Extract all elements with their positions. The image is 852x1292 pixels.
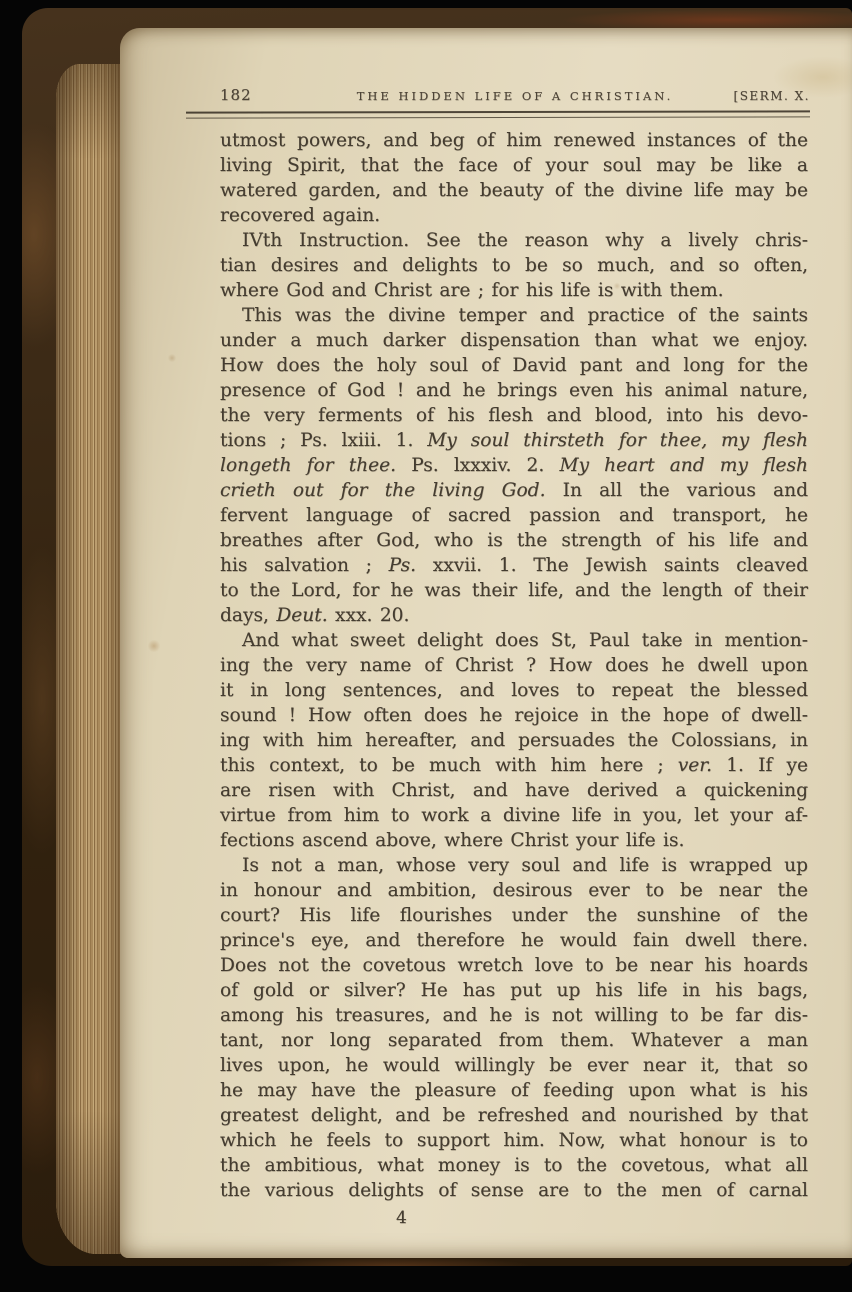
text-line: his salvation ; Ps. xxvii. 1. The Jewish… [220,553,808,578]
text-line: presence of God ! and he brings even his… [220,378,808,403]
text-segment: he may have the pleasure of feeding upon… [220,1080,808,1101]
text-line: tian desires and delights to be so much,… [220,253,808,278]
text-line: ing with him hereafter, and persuades th… [220,728,808,753]
text-line: tions ; Ps. lxiii. 1. My soul thirsteth … [220,428,808,453]
text-line: greatest delight, and be refreshed and n… [220,1103,808,1128]
text-segment: which he feels to support him. Now, what… [220,1130,808,1151]
text-segment: sound ! How often does he rejoice in the… [220,705,808,726]
section-label: [SERM. X. [722,89,810,103]
text-segment: tions ; Ps. lxiii. 1. [220,430,427,451]
text-segment: to the Lord, for he was their life, and … [220,580,808,601]
text-segment: ing the very name of Christ ? How does h… [220,655,808,676]
header-double-rule [186,110,810,118]
text-segment: prince's eye, and therefore he would fai… [220,930,808,951]
text-segment: tant, nor long separated from them. What… [220,1030,808,1051]
page-body: utmost powers, and beg of him renewed in… [220,128,808,1231]
text-segment: days, [220,605,276,626]
scripture-quote-segment: My heart and my flesh [559,455,808,476]
text-line: And what sweet delight does St, Paul tak… [220,628,808,653]
text-line: This was the divine temper and practice … [220,303,808,328]
text-line: virtue from him to work a divine life in… [220,803,808,828]
scripture-quote-segment: longeth for thee. [220,455,396,476]
book-page: 182 THE HIDDEN LIFE OF A CHRISTIAN. [SER… [120,28,852,1258]
text-segment: And what sweet delight does St, Paul tak… [242,630,808,651]
text-segment: the various delights of sense are to the… [220,1180,808,1201]
text-line: in honour and ambition, desirous ever to… [220,878,808,903]
text-segment: Is not a man, whose very soul and life i… [242,855,808,876]
text-segment: Ps. lxxxiv. 2. [396,455,559,476]
text-line: Does not the covetous wretch love to be … [220,953,808,978]
text-segment: among his treasures, and he is not willi… [220,1005,808,1026]
text-line: utmost powers, and beg of him renewed in… [220,128,808,153]
text-segment: xxvii. 1. The Jewish saints cleaved [416,555,808,576]
text-segment: in honour and ambition, desirous ever to… [220,880,808,901]
text-segment: virtue from him to work a divine life in… [220,805,808,826]
running-title: THE HIDDEN LIFE OF A CHRISTIAN. [308,89,722,103]
text-line: prince's eye, and therefore he would fai… [220,928,808,953]
text-line: this context, to be much with him here ;… [220,753,808,778]
text-line: the ambitious, what money is to the cove… [220,1153,808,1178]
text-line: which he feels to support him. Now, what… [220,1128,808,1153]
text-line: court? His life flourishes under the sun… [220,903,808,928]
text-line: where God and Christ are ; for his life … [220,278,808,303]
text-line: days, Deut. xxx. 20. [220,603,808,628]
text-segment: living Spirit, that the face of your sou… [220,155,808,176]
text-segment: xxx. 20. [328,605,410,626]
text-segment: court? His life flourishes under the sun… [220,905,808,926]
text-segment: ing with him hereafter, and persuades th… [220,730,808,751]
text-line: under a much darker dispensation than wh… [220,328,808,353]
page-header: 182 THE HIDDEN LIFE OF A CHRISTIAN. [SER… [220,86,810,104]
text-line: tant, nor long separated from them. What… [220,1028,808,1053]
scripture-quote-segment: ver. [678,755,712,776]
text-line: breathes after God, who is the strength … [220,528,808,553]
text-segment: 1. If ye [712,755,808,776]
text-segment: IVth Instruction. See the reason why a l… [242,230,808,251]
text-segment: under a much darker dispensation than wh… [220,330,808,351]
scripture-quote-segment: crieth out for the living God. [220,480,546,501]
text-line: the very ferments of his flesh and blood… [220,403,808,428]
text-line: Is not a man, whose very soul and life i… [220,853,808,878]
text-segment: In all the various and [546,480,809,501]
text-line: living Spirit, that the face of your sou… [220,153,808,178]
text-segment: it in long sentences, and loves to repea… [220,680,808,701]
text-line: longeth for thee. Ps. lxxxiv. 2. My hear… [220,453,808,478]
text-segment: This was the divine temper and practice … [242,305,808,326]
page-number: 182 [220,86,308,104]
text-segment: are risen with Christ, and have derived … [220,780,808,801]
text-line: the various delights of sense are to the… [220,1178,808,1203]
book-scan: 182 THE HIDDEN LIFE OF A CHRISTIAN. [SER… [0,0,852,1292]
text-segment: tian desires and delights to be so much,… [220,255,808,276]
text-segment: greatest delight, and be refreshed and n… [220,1105,808,1126]
text-line: lives upon, he would willingly be ever n… [220,1053,808,1078]
text-segment: fections ascend above, where Christ your… [220,830,684,851]
text-segment: Does not the covetous wretch love to be … [220,955,808,976]
text-line: he may have the pleasure of feeding upon… [220,1078,808,1103]
page-stack-edge [56,64,124,1254]
text-line: fections ascend above, where Christ your… [220,828,808,853]
text-segment: watered garden, and the beauty of the di… [220,180,808,201]
signature-mark: 4 [220,1206,808,1231]
text-segment: presence of God ! and he brings even his… [220,380,808,401]
text-segment: breathes after God, who is the strength … [220,530,808,551]
text-line: fervent language of sacred passion and t… [220,503,808,528]
text-segment: where God and Christ are ; for his life … [220,280,724,301]
scripture-quote-segment: My soul thirsteth for thee, my flesh [427,430,808,451]
scripture-quote-segment: Deut. [276,605,327,626]
text-segment: utmost powers, and beg of him renewed in… [220,130,808,151]
text-segment: fervent language of sacred passion and t… [220,505,808,526]
text-line: sound ! How often does he rejoice in the… [220,703,808,728]
text-line: ing the very name of Christ ? How does h… [220,653,808,678]
text-line: among his treasures, and he is not willi… [220,1003,808,1028]
text-line: IVth Instruction. See the reason why a l… [220,228,808,253]
text-line: watered garden, and the beauty of the di… [220,178,808,203]
text-segment: How does the holy soul of David pant and… [220,355,808,376]
text-segment: his salvation ; [220,555,389,576]
text-segment: lives upon, he would willingly be ever n… [220,1055,808,1076]
text-segment: this context, to be much with him here ; [220,755,678,776]
text-line: of gold or silver? He has put up his lif… [220,978,808,1003]
text-segment: of gold or silver? He has put up his lif… [220,980,808,1001]
text-line: How does the holy soul of David pant and… [220,353,808,378]
text-segment: the ambitious, what money is to the cove… [220,1155,808,1176]
text-line: recovered again. [220,203,808,228]
text-line: are risen with Christ, and have derived … [220,778,808,803]
text-line: crieth out for the living God. In all th… [220,478,808,503]
scripture-quote-segment: Ps. [389,555,416,576]
text-line: it in long sentences, and loves to repea… [220,678,808,703]
text-segment: recovered again. [220,205,380,226]
text-line: to the Lord, for he was their life, and … [220,578,808,603]
text-segment: the very ferments of his flesh and blood… [220,405,808,426]
